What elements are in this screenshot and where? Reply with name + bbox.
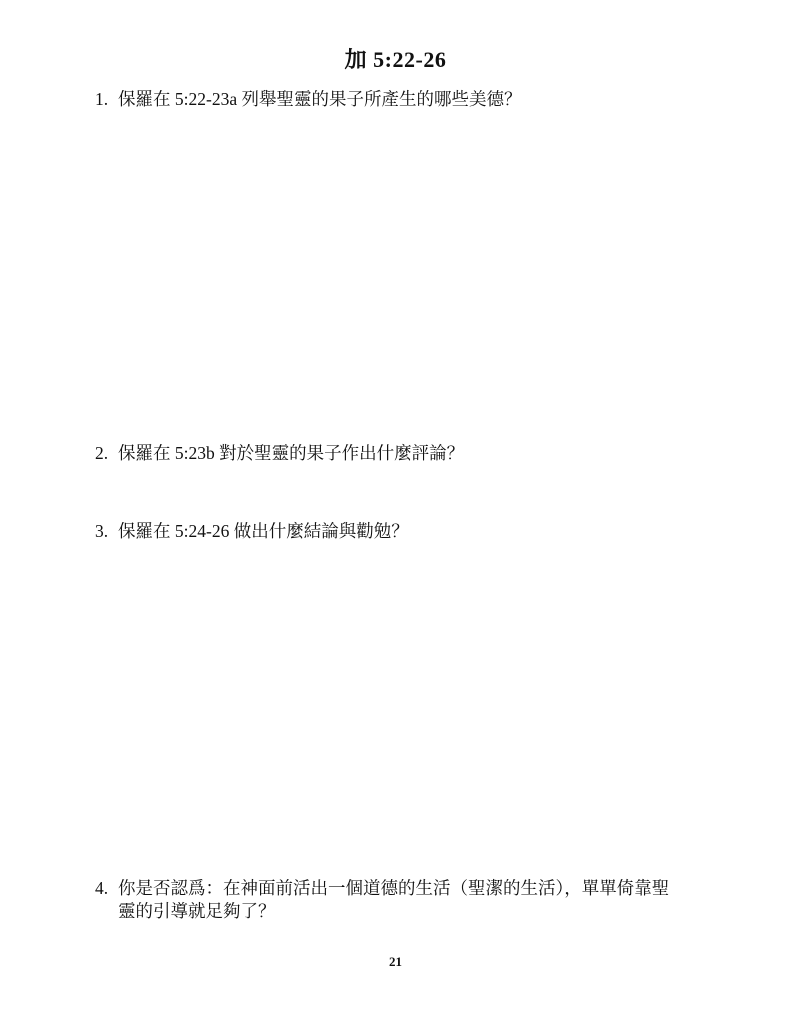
question-item-4: 4. 你是否認爲：在神面前活出一個道德的生活（聖潔的生活），單單倚靠聖 靈的引導… <box>95 877 720 923</box>
question-number: 1. <box>95 88 118 111</box>
question-text: 你是否認爲：在神面前活出一個道德的生活（聖潔的生活），單單倚靠聖 靈的引導就足夠… <box>118 877 720 923</box>
question-number: 4. <box>95 877 118 900</box>
question-number: 3. <box>95 520 118 543</box>
page-number: 21 <box>0 954 791 970</box>
document-page: 加 5:22-26 1. 保羅在 5:22-23a 列舉聖靈的果子所產生的哪些美… <box>0 0 791 1024</box>
page-title: 加 5:22-26 <box>0 43 791 74</box>
question-text: 保羅在 5:22-23a 列舉聖靈的果子所產生的哪些美德？ <box>118 88 720 111</box>
question-item-2: 2. 保羅在 5:23b 對於聖靈的果子作出什麼評論？ <box>95 442 720 465</box>
question-text: 保羅在 5:23b 對於聖靈的果子作出什麼評論？ <box>118 442 720 465</box>
question-item-3: 3. 保羅在 5:24-26 做出什麼結論與勸勉？ <box>95 520 720 543</box>
question-item-1: 1. 保羅在 5:22-23a 列舉聖靈的果子所產生的哪些美德？ <box>95 88 720 111</box>
question-text: 保羅在 5:24-26 做出什麼結論與勸勉？ <box>118 520 720 543</box>
question-number: 2. <box>95 442 118 465</box>
